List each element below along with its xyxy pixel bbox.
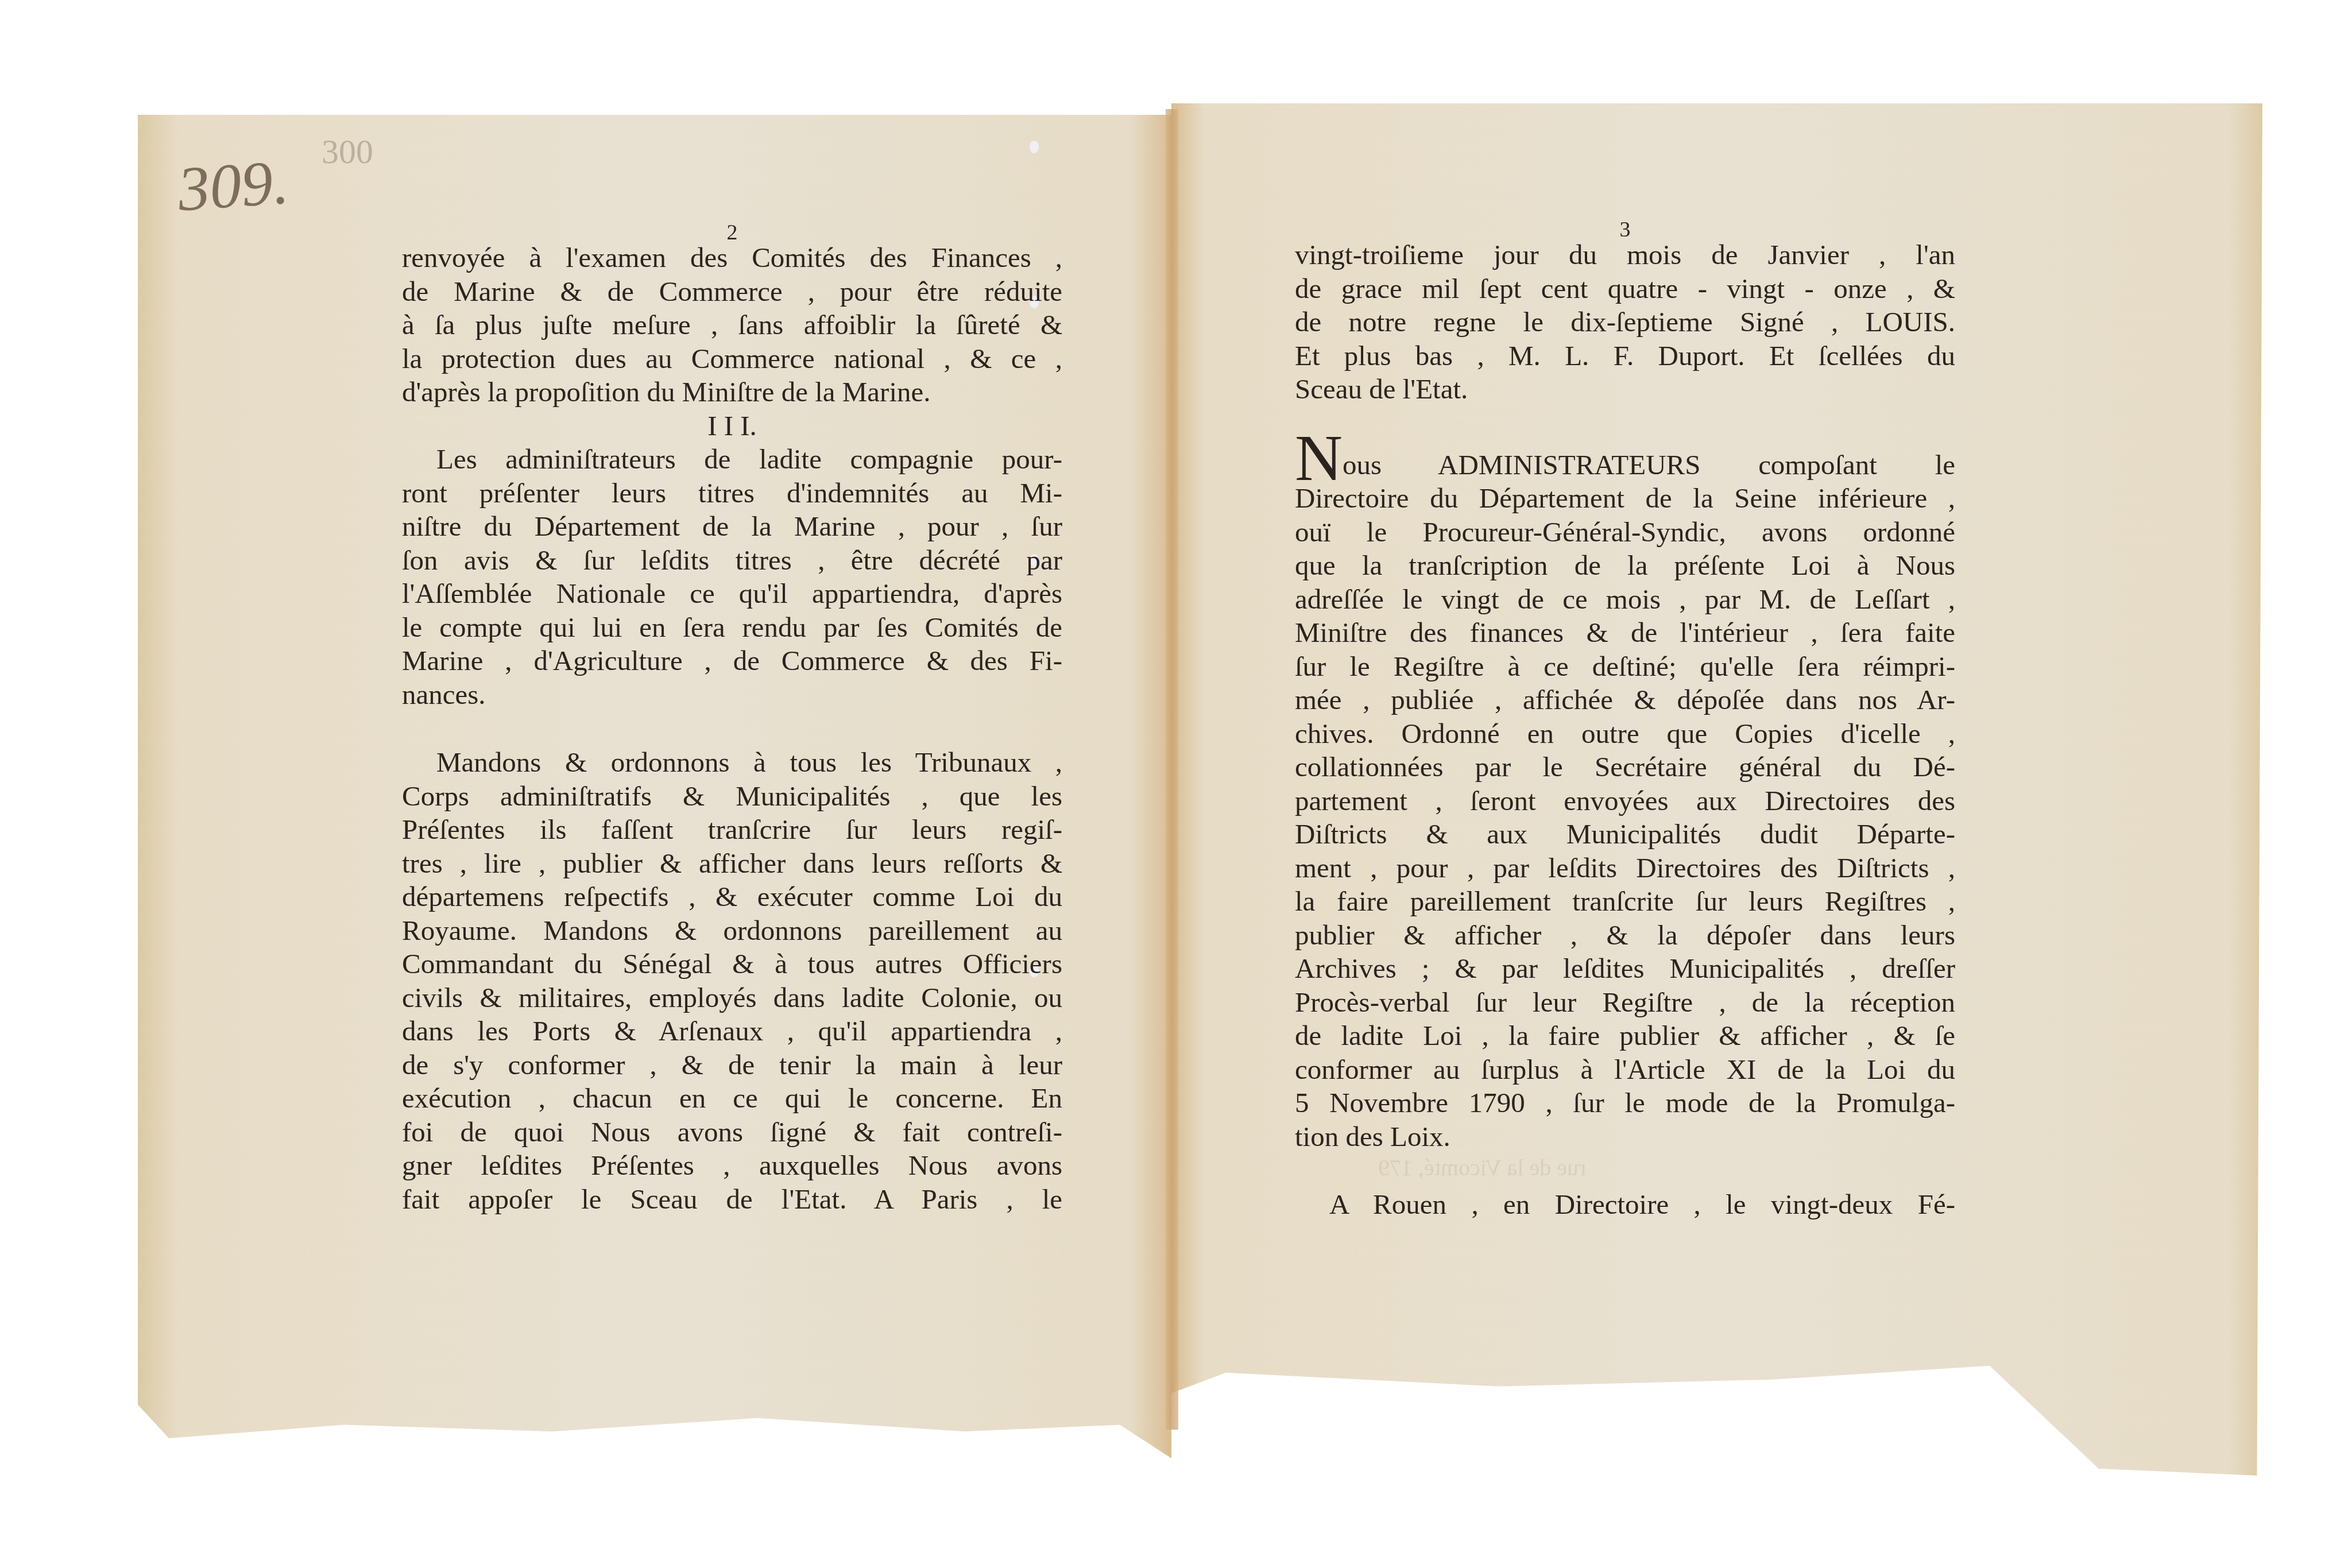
text-line: l'Aſſemblée Nationale ce qu'il appartien… (402, 577, 1062, 611)
text-line: ouï le Procureur-Général-Syndic, avons o… (1295, 516, 1955, 549)
text-line: fait appoſer le Sceau de l'Etat. A Paris… (402, 1183, 1062, 1217)
text-line: de grace mil ſept cent quatre - vingt - … (1295, 272, 1955, 306)
text-line: adreſſée le vingt de ce mois , par M. de… (1295, 583, 1955, 617)
handwritten-mark-faint: 300 (322, 132, 373, 172)
text-line: Les adminiſtrateurs de ladite compagnie … (402, 443, 1062, 477)
text-fragment: ous ADMINISTRATEURS compoſant le (1343, 449, 1955, 481)
text-line: que la tranſcription de la préſente Loi … (1295, 549, 1955, 583)
text-line: de s'y conformer , & de tenir la main à … (402, 1048, 1062, 1082)
text-line: Directoire du Département de la Seine in… (1295, 482, 1955, 516)
text-line: nances. (402, 678, 1062, 712)
text-line: tres , lire , publier & afficher dans le… (402, 847, 1062, 881)
text-line: Et plus bas , M. L. F. Duport. Et ſcellé… (1295, 339, 1955, 373)
text-line: tion des Loix. (1295, 1120, 1955, 1154)
binding-gutter (1166, 109, 1178, 1430)
text-line: Diſtricts & aux Municipalités dudit Dépa… (1295, 818, 1955, 851)
text-line: Corps adminiſtratifs & Municipalités , q… (402, 780, 1062, 814)
text-line: de notre regne le dix-ſeptieme Signé , L… (1295, 305, 1955, 339)
text-line: de ladite Loi , la faire publier & affic… (1295, 1019, 1955, 1053)
text-line: Mandons & ordonnons à tous les Tribunaux… (402, 746, 1062, 780)
text-line: niſtre du Département de la Marine , pou… (402, 510, 1062, 544)
text-line: civils & militaires, employés dans ladit… (402, 981, 1062, 1015)
text-line: foi de quoi Nous avons ſigné & fait cont… (402, 1116, 1062, 1149)
text-line: Royaume. Mandons & ordonnons pareillemen… (402, 914, 1062, 948)
article-heading: I I I. (402, 409, 1062, 443)
text-line: 5 Novembre 1790 , ſur le mode de la Prom… (1295, 1086, 1955, 1120)
right-page-text: 3 vingt-troiſieme jour du mois de Janvie… (1295, 221, 1955, 1222)
text-line: Procès-verbal ſur leur Regiſtre , de la … (1295, 986, 1955, 1020)
text-line: ront préſenter leurs titres d'indemnités… (402, 477, 1062, 510)
text-line: partement , ſeront envoyées aux Directoi… (1295, 784, 1955, 818)
text-line: mée , publiée , affichée & dépoſée dans … (1295, 683, 1955, 717)
handwritten-mark: 309. (176, 145, 291, 226)
text-line: Marine , d'Agriculture , de Commerce & d… (402, 644, 1062, 678)
bleed-through-text: rue de la Vicomté, 179 (1378, 1154, 1586, 1181)
text-line: vingt-troiſieme jour du mois de Janvier … (1295, 238, 1955, 272)
closing-line: A Rouen , en Directoire , le vingt-deux … (1295, 1188, 1955, 1222)
text-line: Préſentes ils faſſent tranſcrire ſur leu… (402, 813, 1062, 847)
text-line: Sceau de l'Etat. (1295, 373, 1955, 406)
text-line: d'après la propoſition du Miniſtre de la… (402, 375, 1062, 409)
text-line: le compte qui lui en ſera rendu par ſes … (402, 611, 1062, 645)
text-line: Archives ; & par leſdites Municipalités … (1295, 952, 1955, 986)
text-line: dans les Ports & Arſenaux , qu'il appart… (402, 1015, 1062, 1048)
text-line: publier & afficher , & la dépoſer dans l… (1295, 919, 1955, 953)
administrators-first-line: Nous ADMINISTRATEURS compoſant le (1295, 441, 1955, 482)
text-line: ment , pour , par leſdits Directoires de… (1295, 851, 1955, 885)
text-line: la faire pareillement tranſcrite ſur leu… (1295, 885, 1955, 919)
text-line: Commandant du Sénégal & à tous autres Of… (402, 947, 1062, 981)
text-line: la protection dues au Commerce national … (402, 342, 1062, 376)
text-line: gner leſdites Préſentes , auxquelles Nou… (402, 1149, 1062, 1183)
text-line: Miniſtre des finances & de l'intérieur ,… (1295, 616, 1955, 650)
text-line: exécution , chacun en ce qui le concerne… (402, 1082, 1062, 1116)
text-line: collationnées par le Secrétaire général … (1295, 750, 1955, 784)
stitch-hole-icon (1030, 141, 1039, 153)
page-number: 3 (1295, 221, 1955, 238)
text-line: à ſa plus juſte meſure , ſans affoiblir … (402, 308, 1062, 342)
text-line: ſon avis & ſur leſdits titres , être déc… (402, 544, 1062, 578)
text-line: ſur le Regiſtre à ce deſtiné; qu'elle ſe… (1295, 650, 1955, 684)
text-line: conformer au ſurplus à l'Article XI de l… (1295, 1053, 1955, 1087)
text-line: départemens reſpectifs , & exécuter comm… (402, 880, 1062, 914)
text-line: renvoyée à l'examen des Comités des Fina… (402, 241, 1062, 275)
left-page-text: 2 renvoyée à l'examen des Comités des Fi… (402, 224, 1062, 1216)
text-line: chives. Ordonné en outre que Copies d'ic… (1295, 717, 1955, 751)
page-number: 2 (402, 224, 1062, 241)
text-line: de Marine & de Commerce , pour être rédu… (402, 275, 1062, 309)
